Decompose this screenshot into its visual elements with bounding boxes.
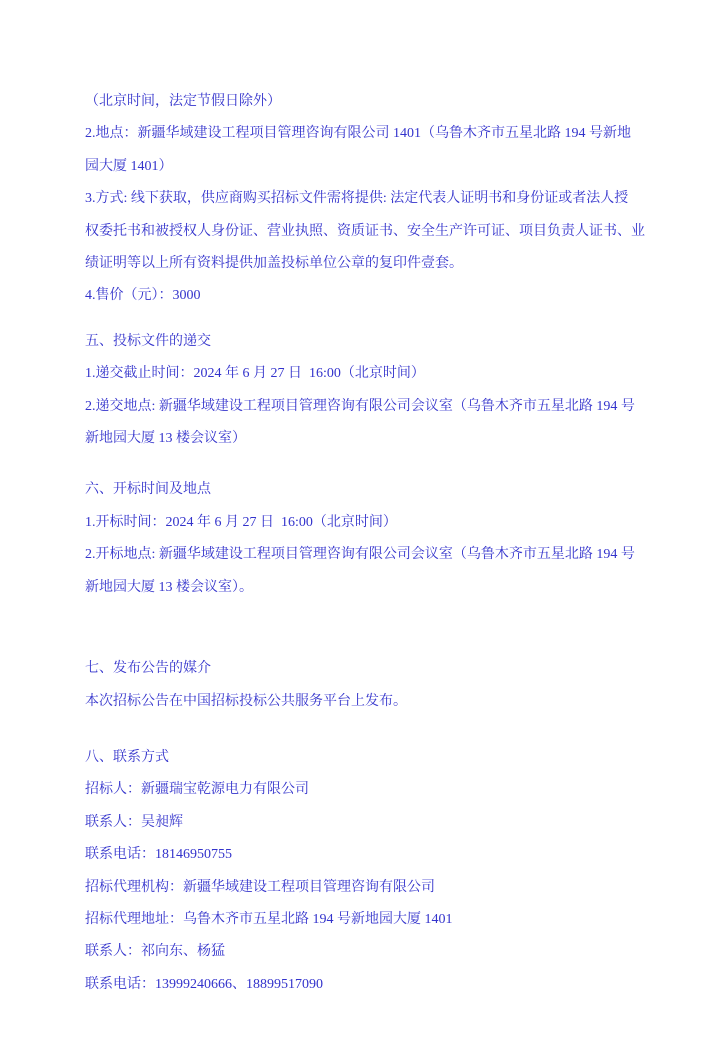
line-agency-phones: 联系电话：13999240666、18899517090 bbox=[85, 969, 628, 1001]
line-doc-location-cont: 园大厦 1401） bbox=[85, 151, 628, 183]
line-agency-contacts: 联系人：祁向东、杨猛 bbox=[85, 936, 628, 968]
paragraph-spacer bbox=[85, 455, 628, 474]
line-agency: 招标代理机构：新疆华域建设工程项目管理咨询有限公司 bbox=[85, 872, 628, 904]
line-doc-method: 3.方式: 线下获取，供应商购买招标文件需将提供: 法定代表人证明书和身份证或者… bbox=[85, 183, 628, 215]
document-body: （北京时间，法定节假日除外）2.地点：新疆华域建设工程项目管理咨询有限公司 14… bbox=[85, 86, 628, 1001]
line-open-place-cont: 新地园大厦 13 楼会议室）。 bbox=[85, 572, 628, 604]
paragraph-spacer bbox=[85, 718, 628, 742]
line-doc-method-cont-2: 绩证明等以上所有资料提供加盖投标单位公章的复印件壹套。 bbox=[85, 248, 628, 280]
line-publish-media: 本次招标公告在中国招标投标公共服务平台上发布。 bbox=[85, 686, 628, 718]
line-submit-place: 2.递交地点: 新疆华域建设工程项目管理咨询有限公司会议室（乌鲁木齐市五星北路 … bbox=[85, 391, 628, 423]
paragraph-spacer bbox=[85, 313, 628, 326]
line-doc-location: 2.地点：新疆华域建设工程项目管理咨询有限公司 1401（乌鲁木齐市五星北路 1… bbox=[85, 118, 628, 150]
line-submit-deadline: 1.递交截止时间：2024 年 6 月 27 日 16:00（北京时间） bbox=[85, 358, 628, 390]
line-agency-address: 招标代理地址：乌鲁木齐市五星北路 194 号新地园大厦 1401 bbox=[85, 904, 628, 936]
line-tenderer-contact: 联系人：吴昶辉 bbox=[85, 807, 628, 839]
document-page: （北京时间，法定节假日除外）2.地点：新疆华域建设工程项目管理咨询有限公司 14… bbox=[0, 0, 712, 1039]
line-tenderer-phone: 联系电话：18146950755 bbox=[85, 839, 628, 871]
line-tenderer: 招标人：新疆瑞宝乾源电力有限公司 bbox=[85, 774, 628, 806]
paragraph-spacer bbox=[85, 604, 628, 653]
line-submit-place-cont: 新地园大厦 13 楼会议室） bbox=[85, 423, 628, 455]
line-doc-method-cont-1: 权委托书和被授权人身份证、营业执照、资质证书、安全生产许可证、项目负责人证书、业 bbox=[85, 216, 628, 248]
heading-section-6: 六、开标时间及地点 bbox=[85, 474, 628, 506]
heading-section-8: 八、联系方式 bbox=[85, 742, 628, 774]
heading-section-7: 七、发布公告的媒介 bbox=[85, 653, 628, 685]
line-open-time: 1.开标时间：2024 年 6 月 27 日 16:00（北京时间） bbox=[85, 507, 628, 539]
heading-section-5: 五、投标文件的递交 bbox=[85, 326, 628, 358]
line-doc-price: 4.售价（元）：3000 bbox=[85, 280, 628, 312]
line-open-place: 2.开标地点: 新疆华域建设工程项目管理咨询有限公司会议室（乌鲁木齐市五星北路 … bbox=[85, 539, 628, 571]
line-beijing-time-note: （北京时间，法定节假日除外） bbox=[85, 86, 628, 118]
